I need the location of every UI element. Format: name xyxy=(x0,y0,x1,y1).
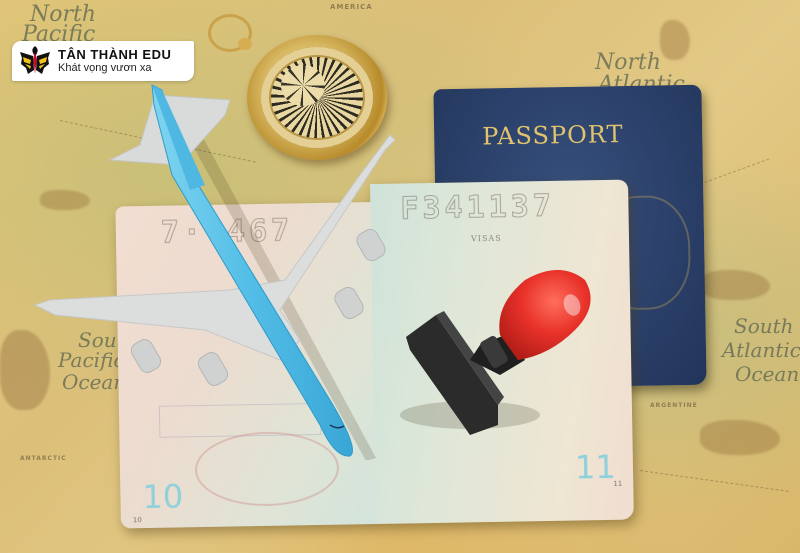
page-number-right-small: 11 xyxy=(613,480,622,488)
page-number-right: 11 xyxy=(575,448,616,487)
map-landmass xyxy=(700,270,770,300)
travel-photo: North Pacific AMERICA North Atlantic Sou… xyxy=(0,0,800,553)
compass-bow xyxy=(238,38,252,50)
passport-title: PASSPORT xyxy=(482,120,624,150)
visas-label: VISAS xyxy=(471,234,502,244)
map-landmass xyxy=(660,20,690,60)
eagle-icon xyxy=(18,44,52,78)
page-number-left-small: 10 xyxy=(133,516,142,524)
page-number-left: 10 xyxy=(142,477,183,516)
map-route-line xyxy=(640,470,789,492)
map-label-south-atlantic-1: South xyxy=(734,316,794,336)
logo-slogan: Khát vọng vươn xa xyxy=(58,62,171,75)
toy-airplane xyxy=(30,80,410,460)
map-label-north-atlantic-1: North xyxy=(595,52,661,74)
map-label-argentine: ARGENTINE xyxy=(650,402,698,409)
brand-logo[interactable]: TÂN THÀNH EDU Khát vọng vươn xa xyxy=(12,41,194,81)
logo-title: TÂN THÀNH EDU xyxy=(58,47,171,62)
map-label-south-atlantic-3: Ocean xyxy=(735,364,799,384)
perforated-number-right: F341137 xyxy=(400,189,555,227)
map-label-south-atlantic-2: Atlantic xyxy=(722,340,800,360)
rubber-stamp xyxy=(400,265,600,440)
map-label-america: AMERICA xyxy=(330,3,373,11)
map-landmass xyxy=(700,420,780,455)
